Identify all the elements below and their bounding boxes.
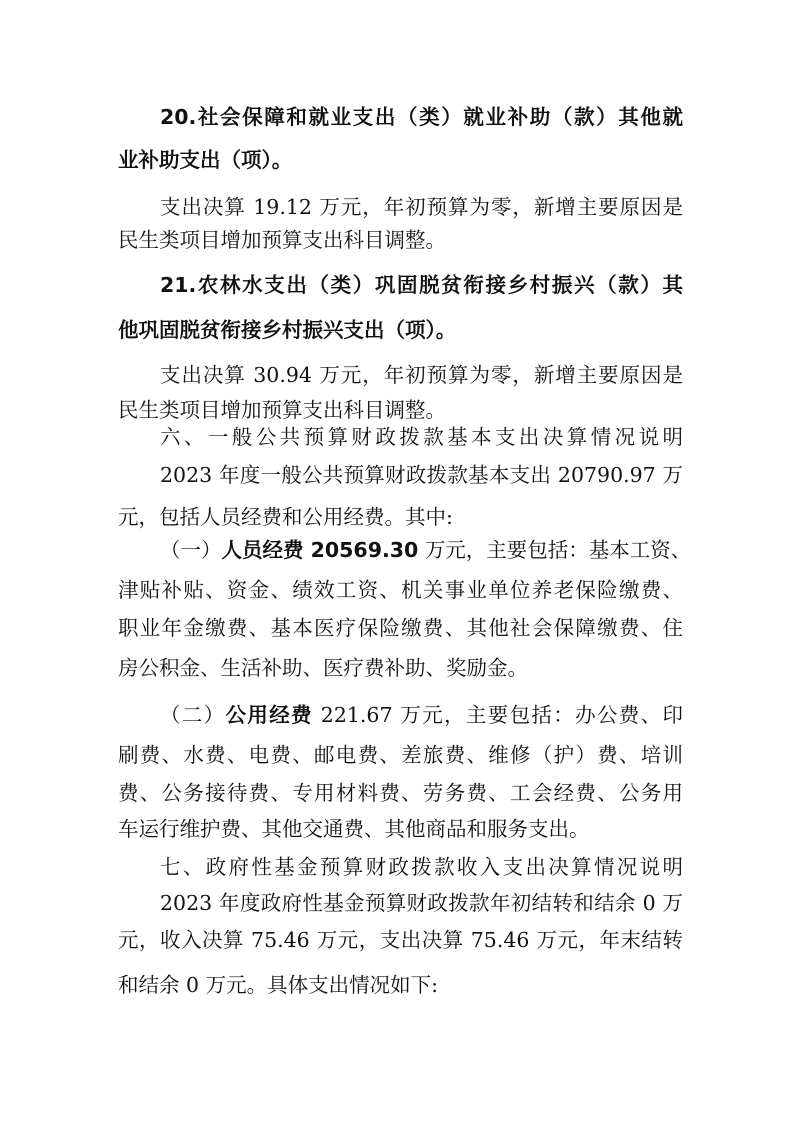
section-7-body-line1: 2023 年度政府性基金预算财政拨款年初结转和结余 0 万	[160, 890, 683, 916]
section-7-body-line3: 和结余 0 万元。具体支出情况如下:	[118, 972, 683, 998]
public-expense-line2: 刷费、水费、电费、邮电费、差旅费、维修（护）费、培训	[118, 742, 683, 768]
personnel-prefix: （一）	[160, 538, 222, 562]
item-21-body-line1: 支出决算 30.94 万元，年初预算为零，新增主要原因是	[160, 362, 683, 388]
personnel-expense-line4: 房公积金、生活补助、医疗费补助、奖励金。	[118, 655, 683, 681]
public-prefix: （二）	[160, 703, 226, 727]
item-20-heading-line1: 20.社会保障和就业支出（类）就业补助（款）其他就	[160, 104, 683, 130]
personnel-amount: 20569.30	[311, 538, 419, 562]
public-expense-line1: （二）公用经费 221.67 万元，主要包括：办公费、印	[160, 702, 683, 728]
item-20-body-line2: 民生类项目增加预算支出科目调整。	[118, 227, 683, 253]
public-expense-line3: 费、公务接待费、专用材料费、劳务费、工会经费、公务用	[118, 780, 683, 806]
item-21-heading-line2: 他巩固脱贫衔接乡村振兴支出（项）。	[118, 317, 683, 343]
personnel-expense-line2: 津贴补贴、资金、绩效工资、机关事业单位养老保险缴费、	[118, 577, 683, 603]
personnel-rest: 万元，主要包括：基本工资、	[425, 538, 692, 562]
item-21-body-line2: 民生类项目增加预算支出科目调整。	[118, 397, 683, 423]
section-7-title: 七、政府性基金预算财政拨款收入支出决算情况说明	[160, 854, 683, 880]
section-6-intro-line2: 元，包括人员经费和公用经费。其中:	[118, 504, 683, 530]
item-20-body-line1: 支出决算 19.12 万元，年初预算为零，新增主要原因是	[160, 194, 683, 220]
section-7-body-line2: 元，收入决算 75.46 万元，支出决算 75.46 万元，年末结转	[118, 927, 683, 953]
public-expense-line4: 车运行维护费、其他交通费、其他商品和服务支出。	[118, 816, 683, 842]
personnel-label: 人员经费	[222, 538, 304, 562]
item-20-heading-line2: 业补助支出（项）。	[118, 147, 683, 173]
public-rest: 221.67 万元，主要包括：办公费、印	[321, 703, 683, 727]
section-6-intro-line1: 2023 年度一般公共预算财政拨款基本支出 20790.97 万	[160, 462, 683, 488]
public-label: 公用经费	[226, 703, 313, 727]
section-6-title: 六、一般公共预算财政拨款基本支出决算情况说明	[160, 424, 683, 450]
personnel-expense-line3: 职业年金缴费、基本医疗保险缴费、其他社会保障缴费、住	[118, 615, 683, 641]
item-21-heading-line1: 21.农林水支出（类）巩固脱贫衔接乡村振兴（款）其	[160, 272, 683, 298]
personnel-expense-line1: （一）人员经费 20569.30 万元，主要包括：基本工资、	[160, 537, 683, 563]
